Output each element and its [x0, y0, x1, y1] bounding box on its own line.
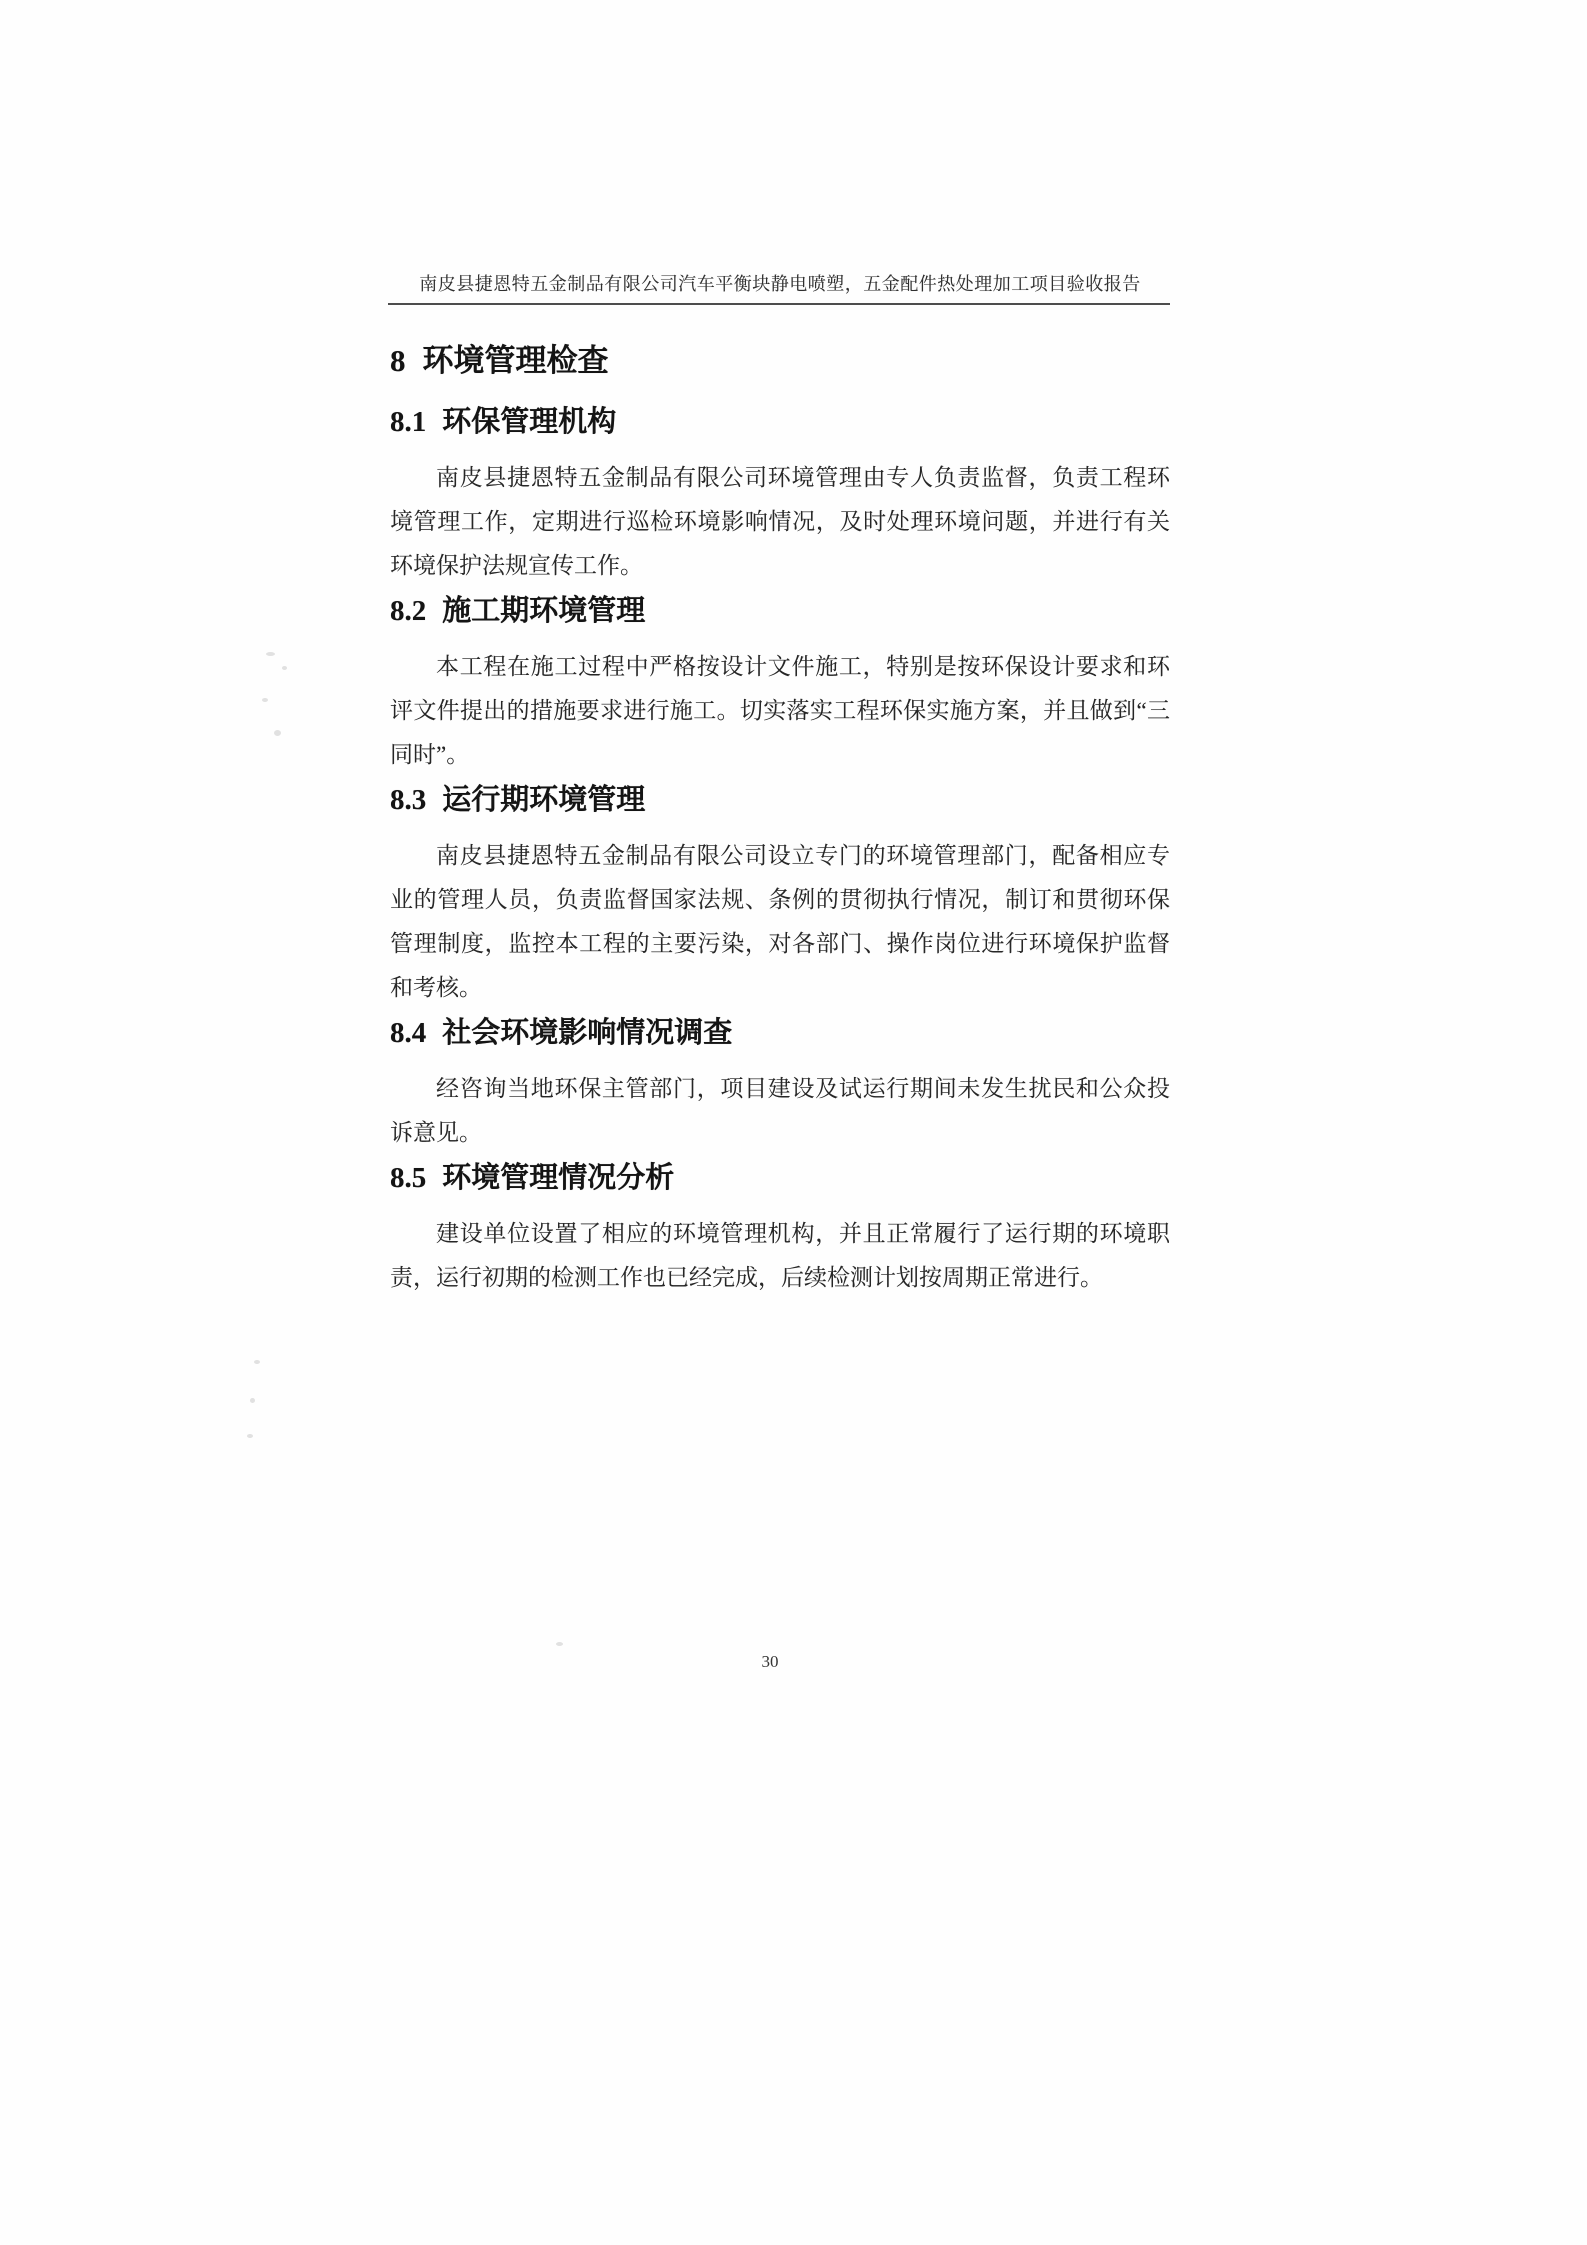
section-title: 运行期环境管理: [442, 784, 645, 816]
section-number: 8: [390, 343, 406, 378]
scan-artifact: [274, 730, 281, 736]
section-heading-8-2: 8.2施工期环境管理: [390, 593, 1170, 629]
section-title: 环保管理机构: [442, 406, 616, 438]
section-number: 8.3: [390, 784, 426, 816]
section-number: 8.1: [390, 406, 426, 438]
section-title: 社会环境影响情况调查: [442, 1017, 732, 1049]
section-number: 8.2: [390, 595, 426, 627]
section-title: 施工期环境管理: [442, 595, 645, 627]
section-heading-8-1: 8.1环保管理机构: [390, 404, 1170, 440]
section-number: 8.4: [390, 1017, 426, 1049]
document-content: 8环境管理检查 8.1环保管理机构 南皮县捷恩特五金制品有限公司环境管理由专人负…: [390, 0, 1170, 1300]
scan-artifact: [254, 1360, 260, 1364]
page-number: 30: [380, 1652, 1160, 1672]
section-number: 8.5: [390, 1162, 426, 1194]
scan-artifact: [247, 1434, 253, 1438]
section-title: 环境管理检查: [423, 343, 609, 378]
paragraph-8-5: 建设单位设置了相应的环境管理机构，并且正常履行了运行期的环境职责，运行初期的检测…: [390, 1212, 1170, 1300]
section-heading-8: 8环境管理检查: [390, 342, 1170, 380]
document-page: 南皮县捷恩特五金制品有限公司汽车平衡块静电喷塑，五金配件热处理加工项目验收报告 …: [0, 0, 1587, 2245]
paragraph-8-4: 经咨询当地环保主管部门，项目建设及试运行期间未发生扰民和公众投诉意见。: [390, 1067, 1170, 1155]
scan-artifact: [282, 666, 287, 670]
section-title: 环境管理情况分析: [442, 1162, 674, 1194]
paragraph-8-2: 本工程在施工过程中严格按设计文件施工，特别是按环保设计要求和环评文件提出的措施要…: [390, 645, 1170, 777]
section-heading-8-5: 8.5环境管理情况分析: [390, 1160, 1170, 1196]
paragraph-8-3: 南皮县捷恩特五金制品有限公司设立专门的环境管理部门，配备相应专业的管理人员，负责…: [390, 834, 1170, 1010]
paragraph-8-1: 南皮县捷恩特五金制品有限公司环境管理由专人负责监督，负责工程环境管理工作，定期进…: [390, 456, 1170, 588]
scan-artifact: [266, 652, 275, 656]
section-heading-8-4: 8.4社会环境影响情况调查: [390, 1015, 1170, 1051]
scan-artifact: [262, 698, 268, 702]
scan-artifact: [250, 1398, 255, 1403]
section-heading-8-3: 8.3运行期环境管理: [390, 782, 1170, 818]
scan-artifact: [556, 1642, 563, 1646]
